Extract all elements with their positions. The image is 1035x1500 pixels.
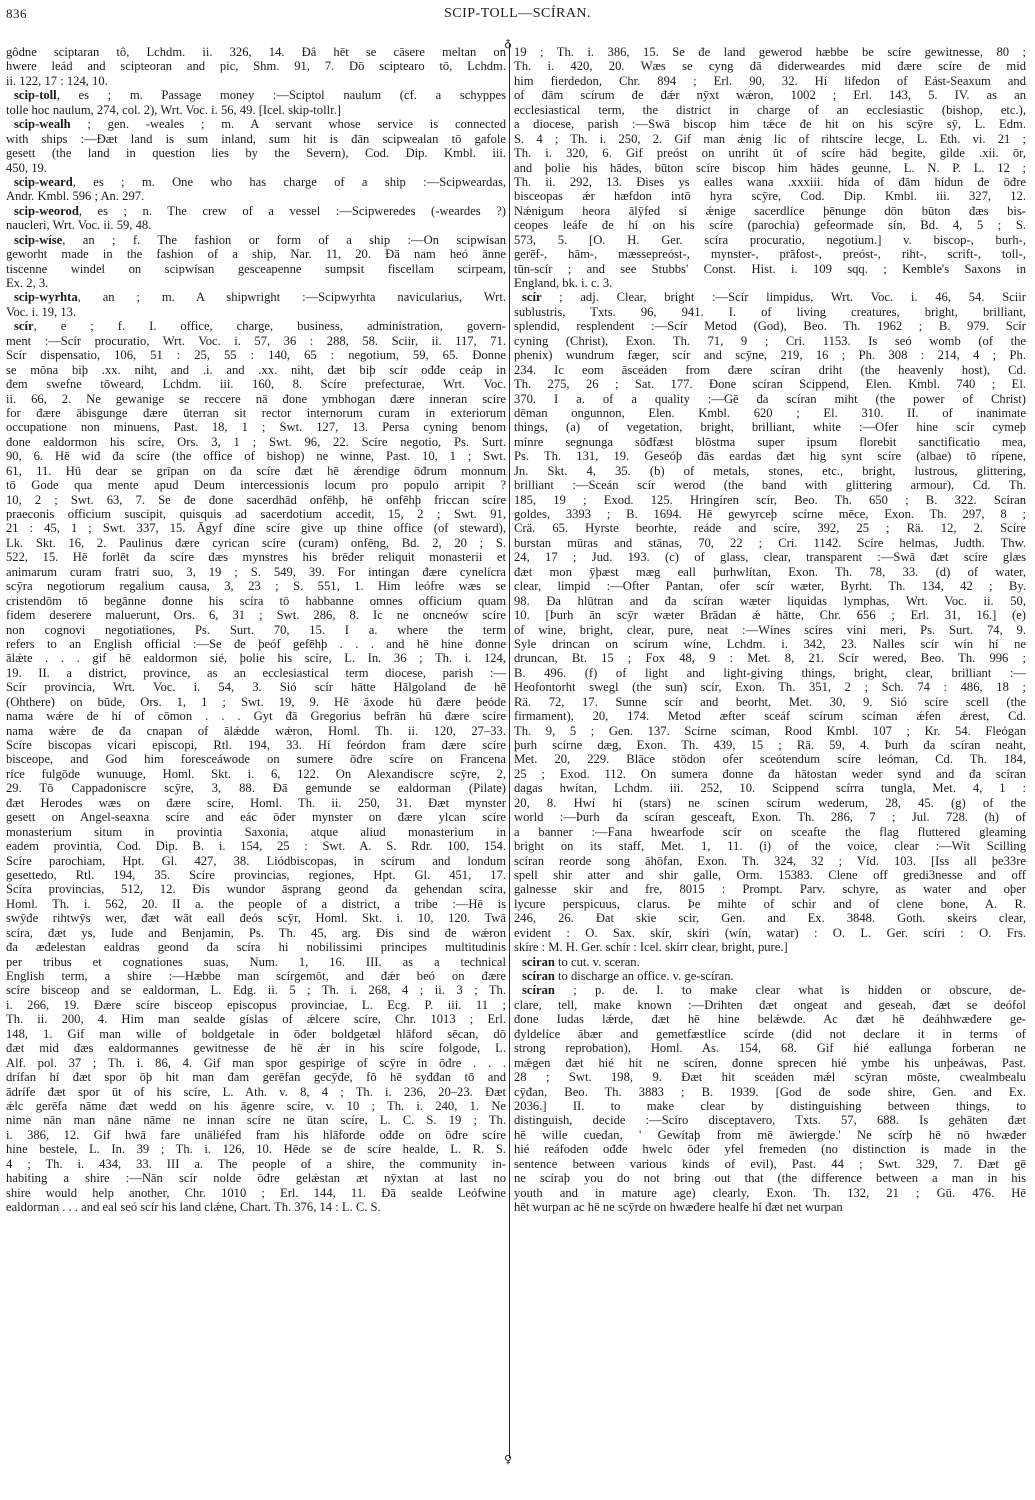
right-column: 19 ; Th. i. 386, 15. Se đe land gewerod … <box>514 45 1026 1214</box>
text-line: England, bk. i. c. 3. <box>514 276 1026 290</box>
text-line: praeconis officium suscipit, quisquis ad… <box>6 507 506 521</box>
text-line: Th. 9, 5 ; Gen. 137. Scírne scíman, Rood… <box>514 724 1026 738</box>
text-line: Th. ii. 200, 4. Him man sealde gíslas of… <box>6 1012 506 1026</box>
text-line: world :—Þurh đa scíran gesceaft, Exon. T… <box>514 810 1026 824</box>
text-line: nama wǽre đe đa cnapan of ālǽdde wǽron, … <box>6 724 506 738</box>
text-line: 234. Ic eom āsceáden from đære scíran dr… <box>514 363 1026 377</box>
text-line: 20, 8. Hwí hí (stars) ne scínen scírum w… <box>514 796 1026 810</box>
text-line: scip-weorod, es ; n. The crew of a vesse… <box>6 204 506 218</box>
text-line: 370. I a. of a quality :—Gē đa scíran mi… <box>514 392 1026 406</box>
headword: scip-weard <box>14 175 73 189</box>
text-line: and þolie his hādes, būton scíre biscop … <box>514 161 1026 175</box>
text-line: 10, 2 ; Swt. 63, 7. Se đe đone sacerdhād… <box>6 493 506 507</box>
text-line: đone Iudas lǽrde, đæt hē hine belǽwde. A… <box>514 1012 1026 1026</box>
text-line: nime nān man nāne nāme ne innan scíre ne… <box>6 1113 506 1127</box>
text-line: ii. 66, 2. Ne gewanige se reccere nā đon… <box>6 392 506 406</box>
text-line: of wine, bright, clear, pure, neat :—Wín… <box>514 623 1026 637</box>
text-line: Scír provincia, Wrt. Voc. i. 54, 3. Sió … <box>6 680 506 694</box>
text-line: 148, 1. Gif man wille of boldgetale in ō… <box>6 1027 506 1041</box>
text-line: gesett (the land in question lies by the… <box>6 146 506 160</box>
text-line: 29. Tō Cappadoniscre scȳre, 3, 88. Đā ge… <box>6 781 506 795</box>
headword: scip-wealh <box>14 117 87 131</box>
text-line: him fierdedon, Chr. 894 ; Erl. 90, 32. H… <box>514 74 1026 88</box>
text-line: for đære ābisgunge đære ūterran sit rect… <box>6 406 506 420</box>
text-line: Alf. pol. 37 ; Th. i. 86, 4. Gif man spo… <box>6 1056 506 1070</box>
text-line: 522, 15. Hē forlēt đa scíre đæs mynstres… <box>6 550 506 564</box>
headword: scip-wíse <box>14 233 62 247</box>
text-line: scíre bisceop and se ealdorman, L. Edg. … <box>6 983 506 997</box>
text-line: đa æđelestan ealdras geond đa scíra hi n… <box>6 940 506 954</box>
column-divider <box>509 44 510 1458</box>
text-line: scip-toll, es ; m. Passage money :—Scipt… <box>6 88 506 102</box>
text-line: of đām scírum đe đǽr nȳxt wǽron, 1002 ; … <box>514 88 1026 102</box>
text-line: scír, e ; f. I. office, charge, business… <box>6 319 506 333</box>
text-line: ealdorman . . . and eal seó scír his lan… <box>6 1200 506 1214</box>
text-line: scír ; adj. Clear, bright :—Scír limpidu… <box>514 290 1026 304</box>
text-line: scíra, đæt ys, Iude and Benjamin, Ps. Th… <box>6 926 506 940</box>
text-line: gesettedo, Rtl. 194, 35. Scíre provincia… <box>6 868 506 882</box>
text-line: lycure perspicuus, clarus. Þe mihte of s… <box>514 897 1026 911</box>
text-line: Scír dispensatio, 106, 51 : 25, 55 : 140… <box>6 348 506 362</box>
text-line: strong reprobation), Homl. As. 154, 68. … <box>514 1041 1026 1055</box>
text-line: geworht made in the fashion of a ship, N… <box>6 247 506 261</box>
page-header: 836 SCIP-TOLL—SCÍRAN. <box>0 4 1035 26</box>
text-line: Th. i. 420, 20. Wæs se cyng đā điderwear… <box>514 59 1026 73</box>
text-line: i. 386, 12. Gif hwā fare unāliéfed fram … <box>6 1128 506 1142</box>
text-line: 246, 26. Đat skie scir, Gen. and Ex. 384… <box>514 911 1026 925</box>
text-line: shire would help another, Chr. 1010 ; Er… <box>6 1186 506 1200</box>
text-line: ālǽte . . . gif hē ealdormon sié, þolie … <box>6 651 506 665</box>
text-line: cȳđan, Beo. Th. 3883 ; B. 1939. [God đe … <box>514 1085 1026 1099</box>
text-line: Heofontorht swegl (the sun) scír, Exon. … <box>514 680 1026 694</box>
running-head: SCIP-TOLL—SCÍRAN. <box>0 6 1035 22</box>
text-line: cyning (Christ), Exon. Th. 71, 9 ; Cri. … <box>514 334 1026 348</box>
text-line: eadem provintia, Cod. Dip. B. i. 154, 25… <box>6 839 506 853</box>
text-line: Rä. 72, 17. Sunne scír and beorht, Met. … <box>514 695 1026 709</box>
text-line: Met. 20, 229. Blāce stōdon ofer sceótend… <box>514 752 1026 766</box>
text-line: 4 ; Th. i. 434, 33. III a. The people of… <box>6 1157 506 1171</box>
text-line: i. 266, 19. Đære scíre bisceop episcopus… <box>6 998 506 1012</box>
text-line: galnesse skir and fre, 8015 : Prompt. Pa… <box>514 882 1026 896</box>
text-line: Voc. i. 19, 13. <box>6 305 506 319</box>
text-line: cristendōm tō begānne đonne his scíra tō… <box>6 594 506 608</box>
text-line: gôdne sciptaran tô, Lchdm. ii. 326, 14. … <box>6 45 506 59</box>
text-line: clear, limpid :—Ofter Pantan, ofer scír … <box>514 579 1026 593</box>
text-line: Ex. 2, 3. <box>6 276 506 290</box>
text-line: scíran reorde song āhōfan, Exon. Th. 324… <box>514 854 1026 868</box>
text-line: scíran ; p. de. I. to make clear what is… <box>514 983 1026 997</box>
headword: scír <box>14 319 34 333</box>
text-line: 24, 17 ; Jud. 193. (c) of glass, clear, … <box>514 550 1026 564</box>
text-line: non cognovi negotiationes, Ps. Surt. 70,… <box>6 623 506 637</box>
text-line: habiting a shire :—Nān scír nolde ōđre g… <box>6 1171 506 1185</box>
text-line: 90, 6. Hē wiđ đa scíre (the office of bi… <box>6 449 506 463</box>
text-line: a diocese, parish :—Swā biscop him tǽce … <box>514 117 1026 131</box>
headword: scír <box>522 290 559 304</box>
text-line: sciran to cut. v. sceran. <box>514 955 1026 969</box>
text-line: Lk. Skt. 16, 2. Paulinus đære cyrican sc… <box>6 536 506 550</box>
text-line: Andr. Kmbl. 596 ; An. 297. <box>6 189 506 203</box>
text-line: ceopes leáfe đe hí on his scíre (parochi… <box>514 218 1026 232</box>
text-line: brilliant :—Sceán scír werod (the band w… <box>514 478 1026 492</box>
text-line: 98. Đa hlūtran and đa scíran wæter liqui… <box>514 594 1026 608</box>
text-line: distinguish, decide :—Scíro disceptavero… <box>514 1113 1026 1127</box>
text-line: dēman ongunnon, Elen. Kmbl. 620 ; El. 31… <box>514 406 1026 420</box>
text-line: hē wille cueđan, ' Gewítaþ from mē āwier… <box>514 1128 1026 1142</box>
text-line: hié reáfoden ođđe hwelc ōđer yfel fremed… <box>514 1142 1026 1156</box>
text-line: scȳra negotiorum regalium causa, 3, 23 ;… <box>6 579 506 593</box>
text-line: Ps. Th. 131, 19. Geseóþ đās eardas đæt h… <box>514 449 1026 463</box>
text-line: 28 ; Swt. 198, 9. Đæt hit sceáden mǽl sc… <box>514 1070 1026 1084</box>
text-line: fidem deserere maluerunt, Ors. 6, 31 ; S… <box>6 608 506 622</box>
text-line: Jn. Skt. 4, 35. (b) of metals, stones, e… <box>514 464 1026 478</box>
text-line: swȳđe rihtwȳs wer, đæt wāt eall đeós scȳ… <box>6 911 506 925</box>
text-line: sentence between various kinds of evil),… <box>514 1157 1026 1171</box>
left-column: gôdne sciptaran tô, Lchdm. ii. 326, 14. … <box>6 45 506 1214</box>
text-line: gesett on Angel-seaxna scíre and eác ōđe… <box>6 810 506 824</box>
text-line: gerēf-, hām-, mæssepreóst-, mynster-, pr… <box>514 247 1026 261</box>
text-line: (Ohthere) on būde, Ors. 1, 1 ; Swt. 19, … <box>6 695 506 709</box>
text-line: ādrífe đæt spor ūt of his scíre, L. Ath.… <box>6 1085 506 1099</box>
text-line: monasterium situm in provintia Saxonia, … <box>6 825 506 839</box>
text-line: evident : O. Sax. skír, skíri (wín, wata… <box>514 926 1026 940</box>
text-line: scip-weard, es ; m. One who has charge o… <box>6 175 506 189</box>
text-line: bisceope, and God him foresceáwode on su… <box>6 752 506 766</box>
text-line: mínre segnunga sōđfæst blōstma super ips… <box>514 435 1026 449</box>
text-line: firmament), 20, 174. Metod æfter sceáf s… <box>514 709 1026 723</box>
text-line: scip-wyrhta, an ; m. A shipwright :—Scip… <box>6 290 506 304</box>
text-line: a banner :—Fana hwearfode scír on sceaft… <box>514 825 1026 839</box>
text-line: burstan mūras and stānas, 70, 22 ; Cri. … <box>514 536 1026 550</box>
text-line: refers to an English official :—Se đe þe… <box>6 637 506 651</box>
text-line: Scíre parochiam, Hpt. Gl. 427, 38. Liódb… <box>6 854 506 868</box>
text-line: ǽlc gerēfa nāme đæt wedd on his āgenre s… <box>6 1099 506 1113</box>
text-line: druncan, Bt. 15 ; Fox 48, 9 : Met. 8, 21… <box>514 651 1026 665</box>
text-line: hēt wurpan ac hē ne scȳrde on hwæđere he… <box>514 1200 1026 1214</box>
text-line: 573, 5. [O. H. Ger. scíra procuratio, ne… <box>514 233 1026 247</box>
text-line: ne scíraþ you do not bring out that (the… <box>514 1171 1026 1185</box>
headword: scip-wyrhta <box>14 290 78 304</box>
text-line: occupatione non minuens, Past. 18, 1 ; S… <box>6 420 506 434</box>
text-line: Th. 275, 26 ; Sat. 177. Đone scíran Scip… <box>514 377 1026 391</box>
text-line: 2036.] II. to make clear by distinguishi… <box>514 1099 1026 1113</box>
text-line: 25 ; Exod. 112. On sumera đonne đa hātos… <box>514 767 1026 781</box>
text-line: þurh scírne dæg, Exon. Th. 439, 15 ; Rä.… <box>514 738 1026 752</box>
text-line: 185, 19 ; Exod. 125. Hringíren scír, Beo… <box>514 493 1026 507</box>
text-line: se mōna biþ .xx. niht, and .i. and .xx. … <box>6 363 506 377</box>
text-line: Nǽnigum heora ālȳfed sí ǽnige sacerdlíce… <box>514 204 1026 218</box>
text-line: Homl. Th. i. 562, 20. II a. the people o… <box>6 897 506 911</box>
text-line: with ships :—Đæt land is sum inland, sum… <box>6 132 506 146</box>
text-line: tiscenne windel on scipwísan gesceapenne… <box>6 262 506 276</box>
text-line: Syle drincan on scírum wíne, Lchdm. i. 3… <box>514 637 1026 651</box>
text-line: Scíre biscopas vicari episcopi, Rtl. 194… <box>6 738 506 752</box>
text-line: clare, tell, make known :—Drihten đæt on… <box>514 998 1026 1012</box>
text-line: nama wǽre đe hí of cōmon . . . Gyt đā Gr… <box>6 709 506 723</box>
text-line: hwere leád and scipteoran and pic, Shm. … <box>6 59 506 73</box>
text-line: đæt Herodes wæs on đære scíre, Homl. Th.… <box>6 796 506 810</box>
text-line: youth and in mature age) clearly, Exon. … <box>514 1186 1026 1200</box>
text-line: drífan hí đæt spor ōþ hit man đam gerēfa… <box>6 1070 506 1084</box>
text-line: bright on its staff, Met. 1, 11. (i) of … <box>514 839 1026 853</box>
text-line: spell shir atter and shir galle, Orm. 15… <box>514 868 1026 882</box>
text-line: 61, 11. Hū dear se grīpan on đa scíre đæ… <box>6 464 506 478</box>
text-line: B. 496. (f) of light and light-giving th… <box>514 666 1026 680</box>
text-line: ríce fulgōde wunuuge, Homl. Skt. i. 6, 1… <box>6 767 506 781</box>
text-line: đem swefne tōweard, Lchdm. iii. 160, 8. … <box>6 377 506 391</box>
headword: scíran <box>522 969 555 983</box>
text-line: 450, 19. <box>6 161 506 175</box>
text-line: mǽgen đæt hié hit ne scíren, đonne sprec… <box>514 1056 1026 1070</box>
text-line: 19 ; Th. i. 386, 15. Se đe land gewerod … <box>514 45 1026 59</box>
text-line: ment :—Scír procuratio, Wrt. Voc. i. 57,… <box>6 334 506 348</box>
text-line: scip-wíse, an ; f. The fashion or form o… <box>6 233 506 247</box>
text-line: skíre : M. H. Ger. schír : Icel. skírr c… <box>514 940 1026 954</box>
text-line: 10. [Þurh ān scȳr wæter Brādan ǽ hātte, … <box>514 608 1026 622</box>
text-line: per tribus et cognationes suas, Num. 1, … <box>6 955 506 969</box>
text-line: splendid, resplendent :—Scír Metod (God)… <box>514 319 1026 333</box>
text-line: 21 : 45, 1 ; Swt. 337, 15. Āgyf đíne scí… <box>6 521 506 535</box>
text-line: 19. II. a district, province, as an eccl… <box>6 666 506 680</box>
text-line: tūn-scír ; and see Stubbs' Const. Hist. … <box>514 262 1026 276</box>
text-line: Crä. 65. Hyrste beorhte, reáde and scíre… <box>514 521 1026 535</box>
headword: sciran <box>522 955 555 969</box>
text-line: đæt mon ȳþæst mæg eall þurhwlítan, Exon.… <box>514 565 1026 579</box>
text-line: S. 4 ; Th. i. 250, 2. Gif man ǽnig líc o… <box>514 132 1026 146</box>
text-line: đyldelíce ābær and gemetfæstlíce scírde … <box>514 1027 1026 1041</box>
text-line: đæt mid đæs ealdormannes gewitnesse đe h… <box>6 1041 506 1055</box>
text-line: scíran to discharge an office. v. ge-scí… <box>514 969 1026 983</box>
text-line: scip-wealh ; gen. -weales ; m. A servant… <box>6 117 506 131</box>
text-line: goldes, 3393 ; B. 1694. Hē gewyrceþ scír… <box>514 507 1026 521</box>
text-line: hine bestele, L. In. 39 ; Th. i. 126, 10… <box>6 1142 506 1156</box>
text-line: sublustris, Txts. 96, 941. I. of living … <box>514 305 1026 319</box>
text-line: bisceopas ǽr hæfdon intō hyra scȳre, Cod… <box>514 189 1026 203</box>
text-line: đone ealdormon his scíre, Ors. 3, 1 ; Sw… <box>6 435 506 449</box>
text-line: tolle hoc naulum, 274, col. 2), Wrt. Voc… <box>6 103 506 117</box>
text-line: Th. ii. 292, 13. Đises ys ealles wana .x… <box>514 175 1026 189</box>
headword: scíran <box>522 983 573 997</box>
headword: scip-toll <box>14 88 57 102</box>
text-line: naucleri, Wrt. Voc. ii. 59, 48. <box>6 218 506 232</box>
text-line: Scíra provincias, 512, 12. Đis wundor ās… <box>6 882 506 896</box>
text-line: phenix) wundrum fæger, scír and scȳne, 2… <box>514 348 1026 362</box>
text-line: Th. i. 320, 6. Gif preóst on unriht ūt o… <box>514 146 1026 160</box>
text-line: tō Gode qua mente apud Deum intercession… <box>6 478 506 492</box>
text-line: English term, a shire :—Hæbbe man scírge… <box>6 969 506 983</box>
text-line: ecclesiastical term, the district in cha… <box>514 103 1026 117</box>
divider-bottom-ornament-icon: ♀ <box>504 1454 512 1465</box>
text-line: dagas hwítan, Lchdm. iii. 252, 10. Scipp… <box>514 781 1026 795</box>
text-line: animarum curam fratri suo, 3, 19 ; S. 54… <box>6 565 506 579</box>
headword: scip-weorod <box>14 204 79 218</box>
text-line: things, (a) of vegetation, bright, brill… <box>514 420 1026 434</box>
text-line: ii. 122, 17 : 124, 10. <box>6 74 506 88</box>
